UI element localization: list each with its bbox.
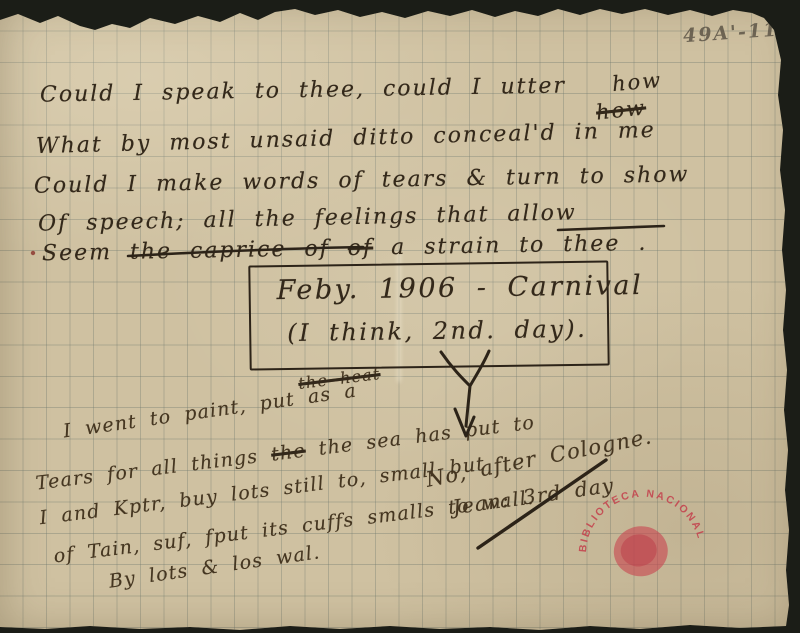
- manuscript-paper: 49A'-11 Could I speak to thee, could I u…: [0, 0, 800, 633]
- stamp-center-blob-inner: [619, 533, 658, 569]
- poem-line-1: Could I speak to thee, could I utter: [40, 73, 566, 107]
- poem-line-5-text-a: Seem the caprice of: [42, 236, 330, 266]
- overline-stroke: [558, 226, 664, 230]
- scrawl-line-1: I went to paint, put as a: [62, 380, 358, 443]
- catalog-number: 49A'-11: [682, 19, 779, 48]
- ink-speck: [31, 251, 35, 255]
- date-box: Feby. 1906 - Carnival (I think, 2nd. day…: [248, 260, 609, 370]
- stamp-center-blob: [611, 524, 670, 579]
- poem-line-4: Of speech; all the feelings that allow: [38, 200, 577, 236]
- poem-line-5-text-b: a strain to thee .: [391, 231, 648, 260]
- poem-line-5-struck-word: of: [348, 236, 374, 261]
- date-box-subtitle: (I think, 2nd. day).: [287, 315, 587, 347]
- date-box-title: Feby. 1906 - Carnival: [276, 270, 643, 306]
- poem-line-3: Could I make words of tears & turn to sh…: [34, 162, 690, 198]
- scanned-manuscript-page: 49A'-11 Could I speak to thee, could I u…: [0, 0, 800, 633]
- scrawl-line-2-struck-word: the: [270, 440, 307, 466]
- poem-line-2: What by most unsaid ditto conceal'd in m…: [36, 118, 656, 159]
- poem-line-1-insertion: how: [611, 68, 663, 96]
- poem-line-1-text: Could I speak to thee, could I utter: [40, 73, 566, 107]
